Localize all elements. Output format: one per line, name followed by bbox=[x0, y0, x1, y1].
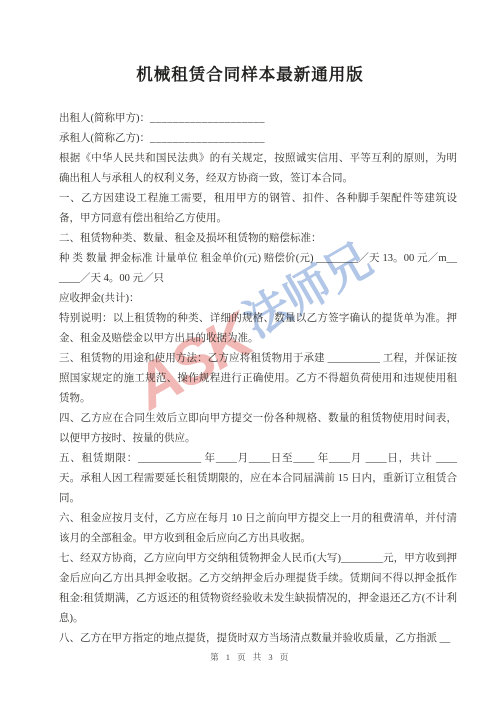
paragraph: 种 类 数量 押金标准 计量单位 租金单价(元) 赔偿价(元) ________… bbox=[59, 249, 457, 289]
paragraph: 五、租赁期限：____________ 年____月____日至____ 年__… bbox=[59, 449, 457, 509]
paragraph: 七、经双方协商，乙方应向甲方交纳租赁物押金人民币(大写)________元，甲方… bbox=[59, 549, 457, 629]
paragraph: 四、乙方应在合同生效后立即向甲方提交一份各种规格、数量的租赁物使用时间表，以便甲… bbox=[59, 409, 457, 449]
lessee-line: 承租人(简称乙方)：____________________ bbox=[59, 129, 457, 149]
paragraph: 根据《中华人民共和国民法典》的有关规定，按照诚实信用、平等互利的原则，为明确出租… bbox=[59, 149, 457, 189]
lessee-blank: ____________________ bbox=[150, 133, 265, 144]
page-number: 第 1 页 共 3 页 bbox=[0, 651, 500, 663]
clauses: 根据《中华人民共和国民法典》的有关规定，按照诚实信用、平等互利的原则，为明确出租… bbox=[59, 149, 457, 649]
paragraph: 八、乙方在甲方指定的地点提货，提货时双方当场清点数量并验收质量，乙方指派 __ bbox=[59, 629, 457, 649]
paragraph: 特别说明：以上租赁物的种类、详细的规格、数量以乙方签字确认的提货单为准。押金、租… bbox=[59, 309, 457, 349]
lessee-label: 承租人(简称乙方)： bbox=[59, 133, 150, 144]
lessor-line: 出租人(简称甲方)：____________________ bbox=[59, 109, 457, 129]
paragraph: 应收押金(共计)： bbox=[59, 289, 457, 309]
paragraph: 一、乙方因建设工程施工需要，租用甲方的钢管、扣件、各种脚手架配件等建筑设备，甲方… bbox=[59, 189, 457, 229]
lessor-blank: ____________________ bbox=[150, 113, 265, 124]
paragraph: 六、租金应按月支付，乙方应在每月 10 日之前向甲方提交上一月的租费清单，并付清… bbox=[59, 509, 457, 549]
document-body: 出租人(简称甲方)：____________________ 承租人(简称乙方)… bbox=[59, 109, 457, 649]
document-title: 机械租赁合同样本最新通用版 bbox=[0, 61, 500, 85]
paragraph: 二、租赁物种类、数量、租金及损坏租赁物的赔偿标准： bbox=[59, 229, 457, 249]
paragraph: 三、租赁物的用途和使用方法：乙方应将租赁物用于承建 __________ 工程，… bbox=[59, 349, 457, 409]
lessor-label: 出租人(简称甲方)： bbox=[59, 113, 150, 124]
contract-page: ASK法师兄 机械租赁合同样本最新通用版 出租人(简称甲方)：_________… bbox=[0, 0, 500, 706]
